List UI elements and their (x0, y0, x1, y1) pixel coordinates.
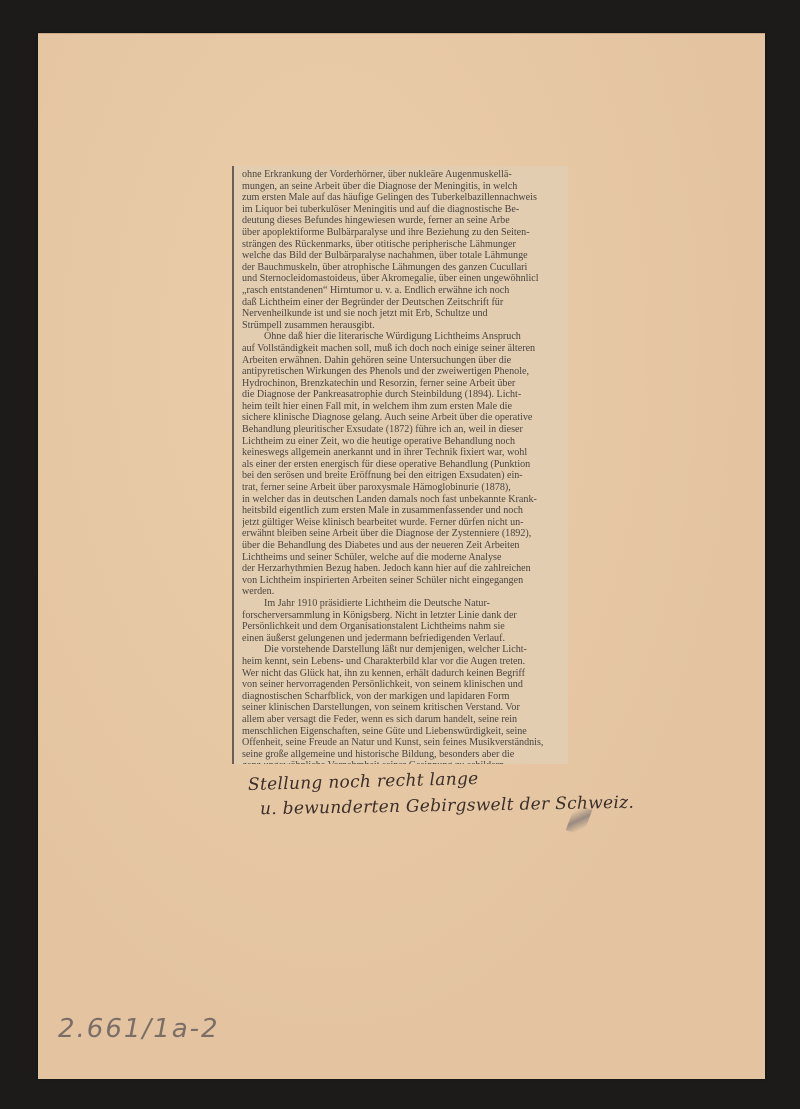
clipping-line: im Liquor bei tuberkulöser Meningitis un… (242, 204, 564, 216)
clipping-line: diagnostischen Scharfblick, von der mark… (242, 691, 564, 703)
clipping-line: welche das Bild der Bulbärparalyse nacha… (242, 250, 564, 262)
clipping-line: Hydrochinon, Brenzkatechin und Resorzin,… (242, 378, 564, 390)
clipping-line: deutung dieses Befundes hingewiesen wurd… (242, 215, 564, 227)
clipping-line: ganz ungewöhnliche Vornehmheit seiner Ge… (242, 760, 564, 764)
clipping-text: ohne Erkrankung der Vorderhörner, über n… (234, 166, 568, 764)
clipping-line: ohne Erkrankung der Vorderhörner, über n… (242, 169, 564, 181)
clipping-line: Persönlichkeit und dem Organisationstale… (242, 621, 564, 633)
clipping-line: Im Jahr 1910 präsidierte Lichtheim die D… (242, 598, 564, 610)
shelfmark-annotation: 2.661/1a-2 (58, 1014, 220, 1044)
clipping-line: Offenheit, seine Freude an Natur und Kun… (242, 737, 564, 749)
clipping-line: die Diagnose der Pankreasatrophie durch … (242, 389, 564, 401)
clipping-line: Wer nicht das Glück hat, ihn zu kennen, … (242, 668, 564, 680)
clipping-line: sichere klinische Diagnose gelang. Auch … (242, 412, 564, 424)
clipping-line: der Bauchmuskeln, über atrophische Lähmu… (242, 262, 564, 274)
clipping-line: menschlichen Eigenschaften, seine Güte u… (242, 726, 564, 738)
clipping-line: Strümpell zusammen herausgibt. (242, 320, 564, 332)
clipping-line: werden. (242, 586, 564, 598)
clipping-line: heim teilt hier einen Fall mit, in welch… (242, 401, 564, 413)
clipping-line: Ohne daß hier die literarische Würdigung… (242, 331, 564, 343)
clipping-line: trat, ferner seine Arbeit über paroxysma… (242, 482, 564, 494)
clipping-line: strängen des Rückenmarks, über otitische… (242, 239, 564, 251)
clipping-line: heim kennt, sein Lebens- und Charakterbi… (242, 656, 564, 668)
handwritten-line-1: Stellung noch recht lange (248, 769, 479, 795)
clipping-line: erwähnt bleiben seine Arbeit über die Di… (242, 528, 564, 540)
clipping-line: Lichtheims und seiner Schüler, welche au… (242, 552, 564, 564)
clipping-line: und Sternocleidomastoideus, über Akromeg… (242, 273, 564, 285)
clipping-line: forscherversammlung in Königsberg. Nicht… (242, 610, 564, 622)
clipping-line: von seiner hervorragenden Persönlichkeit… (242, 679, 564, 691)
clipping-line: Nervenheilkunde ist und sie noch jetzt m… (242, 308, 564, 320)
clipping-line: keineswegs allgemein anerkannt und in ih… (242, 447, 564, 459)
clipping-line: allem aber versagt die Feder, wenn es si… (242, 714, 564, 726)
clipping-line: zum ersten Male auf das häufige Gelingen… (242, 192, 564, 204)
clipping-line: Lichtheim zu einer Zeit, wo die heutige … (242, 436, 564, 448)
clipping-line: heitsbild eigentlich zum ersten Male in … (242, 505, 564, 517)
clipping-line: der Herzarhythmien Bezug haben. Jedoch k… (242, 563, 564, 575)
clipping-line: jetzt gültiger Weise klinisch bearbeitet… (242, 517, 564, 529)
clipping-line: auf Vollständigkeit machen soll, muß ich… (242, 343, 564, 355)
clipping-line: „rasch entstandenen“ Hirntumor u. v. a. … (242, 285, 564, 297)
clipping-line: antipyretischen Wirkungen des Phenols un… (242, 366, 564, 378)
clipping-line: Die vorstehende Darstellung läßt nur dem… (242, 644, 564, 656)
clipping-line: Arbeiten erwähnen. Dahin gehören seine U… (242, 355, 564, 367)
clipping-line: in welcher das in deutschen Landen damal… (242, 494, 564, 506)
clipping-line: mungen, an seine Arbeit über die Diagnos… (242, 181, 564, 193)
clipping-line: über die Behandlung des Diabetes und aus… (242, 540, 564, 552)
clipping-line: seine große allgemeine und historische B… (242, 749, 564, 761)
newspaper-clipping: ohne Erkrankung der Vorderhörner, über n… (232, 166, 568, 764)
clipping-line: einen äußerst gelungenen und jedermann b… (242, 633, 564, 645)
clipping-line: von Lichtheim inspirierten Arbeiten sein… (242, 575, 564, 587)
clipping-line: als einer der ersten energisch für diese… (242, 459, 564, 471)
clipping-line: seiner klinischen Darstellungen, von sei… (242, 702, 564, 714)
clipping-line: bei den serösen und breite Eröffnung bei… (242, 470, 564, 482)
clipping-line: daß Lichtheim einer der Begründer der De… (242, 297, 564, 309)
clipping-line: Behandlung pleuritischer Exsudate (1872)… (242, 424, 564, 436)
archival-paper-sheet: ohne Erkrankung der Vorderhörner, über n… (38, 33, 765, 1079)
clipping-line: über apoplektiforme Bulbärparalyse und i… (242, 227, 564, 239)
